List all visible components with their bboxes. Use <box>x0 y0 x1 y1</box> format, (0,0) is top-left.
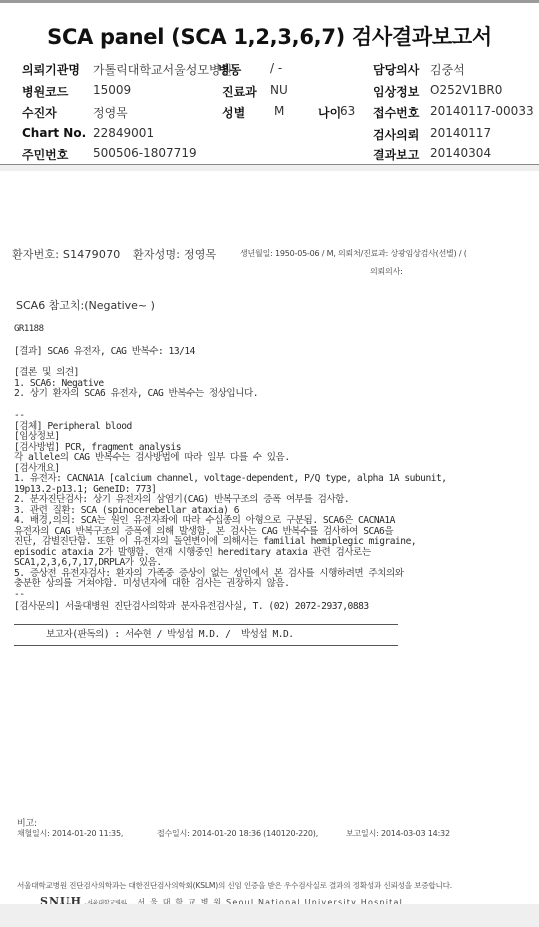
field-department: 진료과 <box>222 83 257 100</box>
field-doctor-value: 김중석 <box>430 61 465 78</box>
reported-datetime: 보고일시: 2014-03-03 14:32 <box>346 828 450 839</box>
field-ward: 병동 <box>218 61 241 78</box>
received-datetime: 접수일시: 2014-01-20 18:36 (140120-220), <box>157 828 318 839</box>
detail-line: 2. 분자진단검사: 상기 유전자의 삼염기(CAG) 반복구조의 증폭 여부를… <box>14 495 447 506</box>
detail-line: -- <box>14 411 447 422</box>
field-hospital-code-value: 15009 <box>93 83 131 97</box>
reference-range: SCA6 참고치:(Negative~ ) <box>16 297 155 313</box>
result-line: [결과] SCA6 유전자, CAG 반복수: 13/14 <box>14 347 195 358</box>
field-receipt-no: 접수번호 <box>373 104 419 121</box>
field-age: 나이 <box>318 104 341 121</box>
detail-line: 4. 배경,의의: SCA는 원인 유전자좌에 따라 수십종의 아형으로 구분됨… <box>14 516 447 527</box>
field-sex-value: M <box>274 104 284 118</box>
field-test-request-value: 20140117 <box>430 126 491 140</box>
field-resident-no: 주민번호 <box>22 146 68 163</box>
field-clinical-info-value: O252V1BR0 <box>430 83 502 97</box>
detail-specimen: [검체] Peripheral blood <box>14 422 447 433</box>
field-ward-value: / - <box>270 61 282 75</box>
field-sex: 성별 <box>222 104 245 121</box>
field-age-value: 63 <box>340 104 355 118</box>
field-requesting-institution: 의뢰기관명 <box>22 61 80 78</box>
patient-name: 환자성명: 정영목 <box>133 246 216 262</box>
detail-line: SCA1,2,3,6,7,17,DRPLA가 있음. <box>14 558 447 569</box>
patient-number: 환자번호: S1479070 <box>12 246 120 262</box>
detail-contact: [검사문의] 서울대병원 진단검사의학과 분자유전검사실, T. (02) 20… <box>14 602 447 613</box>
detail-clinical: [임상정보] <box>14 432 447 443</box>
test-code: GR1188 <box>14 324 44 335</box>
reporter-rule-top <box>14 624 398 625</box>
field-chart-no: Chart No. <box>22 126 86 140</box>
conclusion-heading: [결론 및 의견] <box>14 368 258 379</box>
field-department-value: NU <box>270 83 288 97</box>
conclusion-block: [결론 및 의견] 1. SCA6: Negative 2. 상기 환자의 SC… <box>14 368 258 400</box>
detail-line: 1. 유전자: CACNA1A [calcium channel, voltag… <box>14 474 447 485</box>
field-receipt-no-value: 20140117-00033 <box>430 104 534 118</box>
detail-line: 진단, 감별진단함. 또한 이 유전자의 돌연변이에 의해서는 familial… <box>14 537 447 548</box>
detail-line: 충분한 상의를 거쳐야함. 미성년자에 대한 검사는 권장하지 않음. <box>14 579 447 590</box>
details-block: -- [검체] Peripheral blood [임상정보] [검사방법] P… <box>14 411 447 613</box>
field-doctor: 담당의사 <box>373 61 419 78</box>
report-header: SCA panel (SCA 1,2,3,6,7) 검사결과보고서 의뢰기관명 … <box>0 3 539 164</box>
reporter-rule-bottom <box>14 645 398 646</box>
field-patient-value: 정영목 <box>93 104 128 121</box>
scanned-report: 환자번호: S1479070 환자성명: 정영목 생년월일: 1950-05-0… <box>0 171 539 904</box>
field-chart-no-value: 22849001 <box>93 126 154 140</box>
bottom-band <box>0 904 539 927</box>
requesting-doctor: 의뢰의사: <box>370 266 403 277</box>
collected-datetime: 채혈일시: 2014-01-20 11:35, <box>17 828 123 839</box>
detail-line: 각 allele의 CAG 반복수는 검사방법에 따라 일부 다를 수 있음. <box>14 453 447 464</box>
field-clinical-info: 임상정보 <box>373 83 419 100</box>
detail-line: -- <box>14 590 447 601</box>
field-test-request: 검사의뢰 <box>373 126 419 143</box>
reporter-line: 보고자(판독의) : 서수현 / 박성섭 M.D. / 박성섭 M.D. <box>46 630 294 641</box>
field-requesting-institution-value: 가톨릭대학교서울성모병원 <box>93 61 232 78</box>
field-result-report-value: 20140304 <box>430 146 491 160</box>
field-result-report: 결과보고 <box>373 146 419 163</box>
field-hospital-code: 병원코드 <box>22 83 68 100</box>
field-resident-no-value: 500506-1807719 <box>93 146 197 160</box>
field-patient: 수진자 <box>22 104 57 121</box>
patient-meta: 생년월일: 1950-05-06 / M, 의뢰처/진료과: 상광임상검사(선별… <box>240 248 467 259</box>
page-title: SCA panel (SCA 1,2,3,6,7) 검사결과보고서 <box>0 21 539 51</box>
conclusion-line: 2. 상기 환자의 SCA6 유전자, CAG 반복수는 정상입니다. <box>14 389 258 400</box>
